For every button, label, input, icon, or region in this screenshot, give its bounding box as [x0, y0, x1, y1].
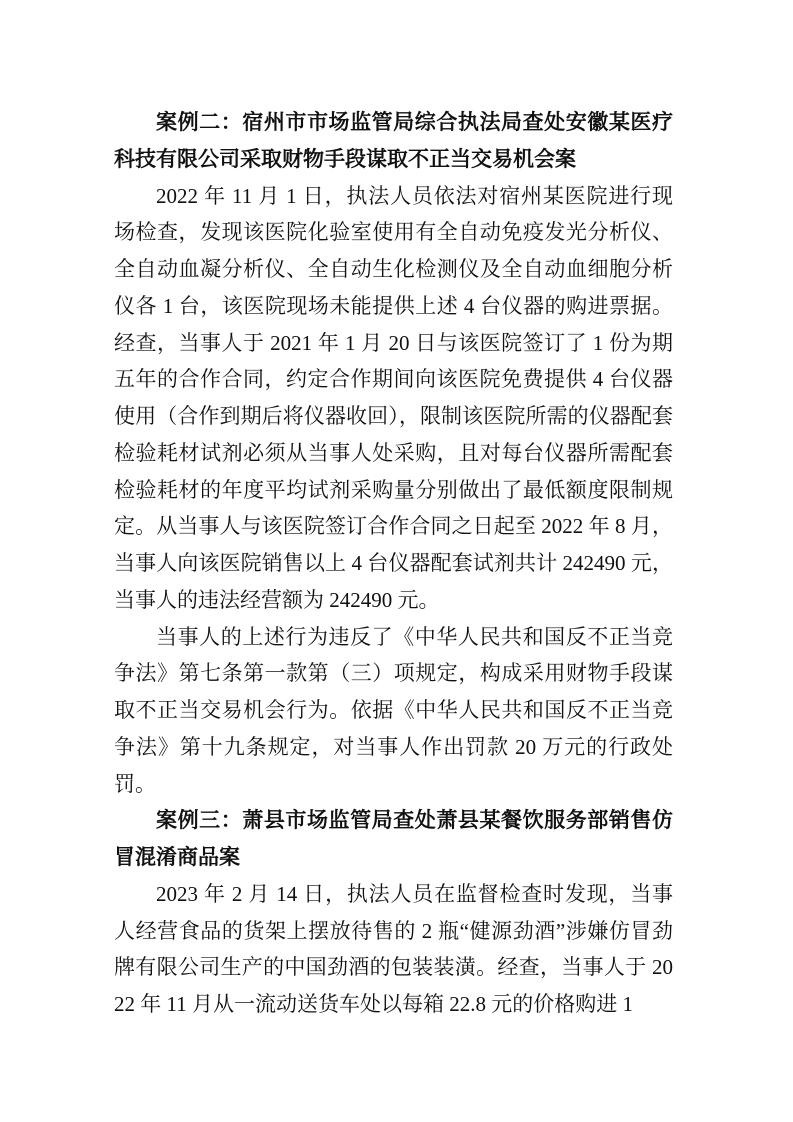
case3-paragraph-1: 2023 年 2 月 14 日，执法人员在监督检查时发现，当事人经营食品的货架上… — [114, 876, 673, 1023]
document-page: 案例二：宿州市市场监管局综合执法局查处安徽某医疗科技有限公司采取财物手段谋取不正… — [0, 0, 793, 1122]
document-content: 案例二：宿州市市场监管局综合执法局查处安徽某医疗科技有限公司采取财物手段谋取不正… — [114, 104, 673, 1023]
case3-heading: 案例三：萧县市场监管局查处萧县某餐饮服务部销售仿冒混淆商品案 — [114, 802, 673, 876]
case2-paragraph-1: 2022 年 11 月 1 日，执法人员依法对宿州某医院进行现场检查，发现该医院… — [114, 178, 673, 619]
case2-paragraph-2: 当事人的上述行为违反了《中华人民共和国反不正当竞争法》第七条第一款第（三）项规定… — [114, 619, 673, 803]
case2-heading: 案例二：宿州市市场监管局综合执法局查处安徽某医疗科技有限公司采取财物手段谋取不正… — [114, 104, 673, 178]
